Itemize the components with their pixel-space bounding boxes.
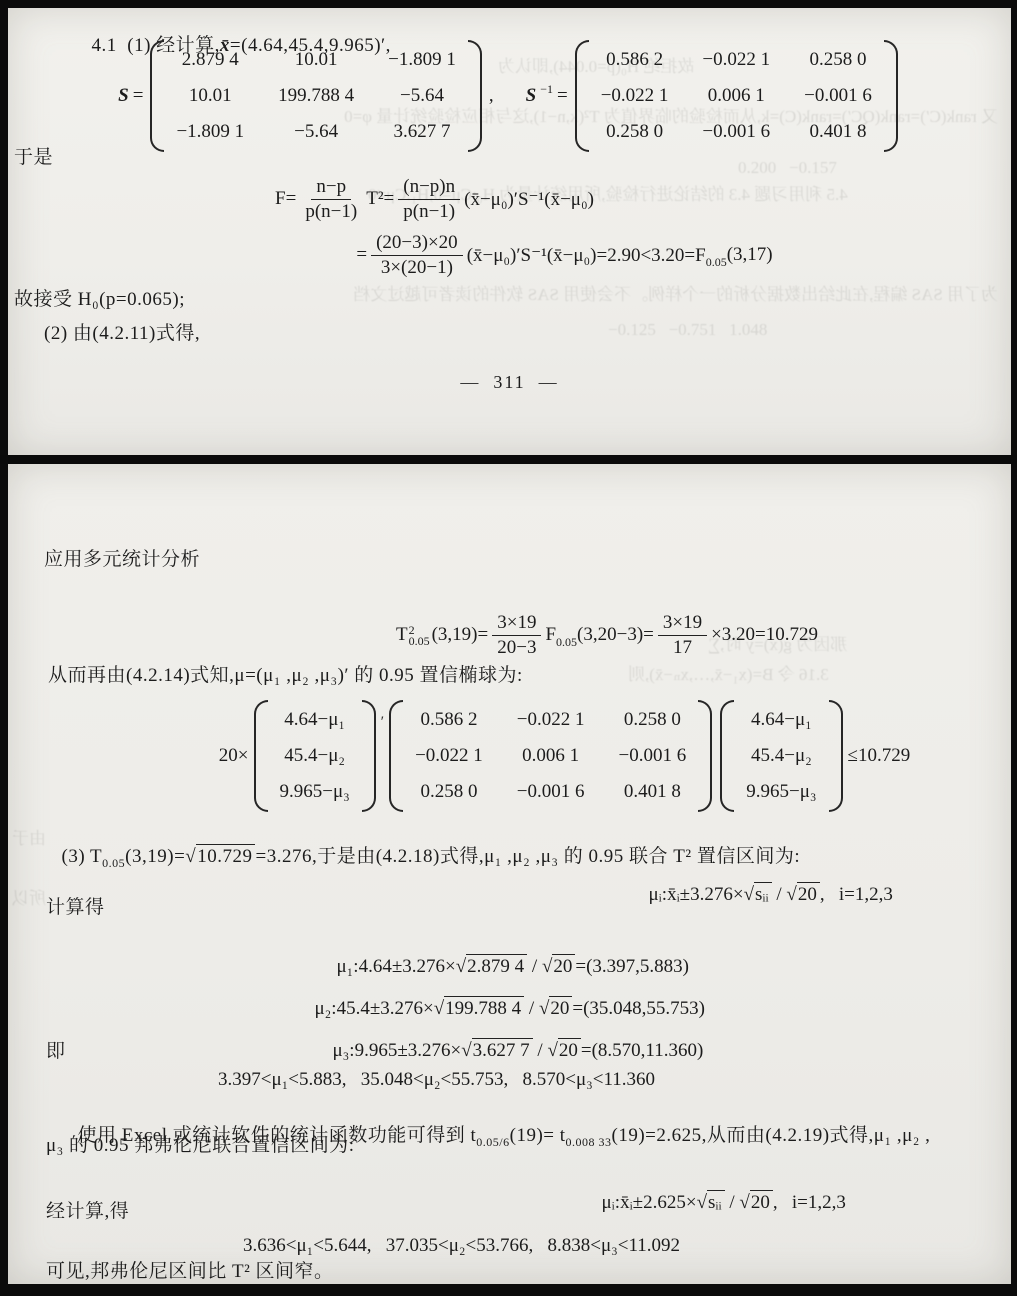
interval-lead: μᵢ:x̄ᵢ±3.276× xyxy=(649,884,744,905)
right-paren xyxy=(829,700,843,812)
radicand: sᵢᵢ xyxy=(707,1190,725,1215)
denominator: 20−3 xyxy=(492,636,541,659)
s-inverse-label: S xyxy=(526,85,537,107)
matrix-cell: 2.879 4 xyxy=(182,49,239,71)
t-supsub: 20.05 xyxy=(409,625,430,647)
matrix-cell: −1.809 1 xyxy=(176,121,244,143)
numerator: n−p xyxy=(311,176,351,200)
matrix-cell: 0.006 1 xyxy=(522,745,579,767)
denominator: p(n−1) xyxy=(398,200,460,223)
radicand: sᵢᵢ xyxy=(754,882,772,907)
vector-cell: 45.4−μ₂ xyxy=(284,745,345,767)
right-paren xyxy=(468,40,482,152)
mu-lead: μ₃:9.965±3.276× xyxy=(333,1040,462,1061)
denominator: 3×(20−1) xyxy=(376,256,458,279)
left-paren xyxy=(575,40,589,152)
matrix-cell: 199.788 4 xyxy=(278,85,354,107)
sqrt-radical: 10.729 xyxy=(185,844,255,869)
divide-sign: / xyxy=(772,884,787,905)
left-paren xyxy=(720,700,734,812)
t-subscript: 0.05/6 xyxy=(476,1135,509,1149)
item3-prefix: (3) T xyxy=(62,846,103,867)
denominator: p(n−1) xyxy=(300,200,362,223)
matrix-cell: 0.401 8 xyxy=(624,781,681,803)
yushi-text: 于是 xyxy=(14,146,53,170)
matrix-cell: 0.586 2 xyxy=(420,709,477,731)
bleed-through-text: 3.16 令 B=(x₁−x̄,…,xₙ−x̄),则 xyxy=(628,660,829,685)
right-paren xyxy=(698,700,712,812)
equals-sign: = xyxy=(557,85,568,107)
sqrt-radical: sᵢᵢ xyxy=(697,1190,725,1215)
numerator: 3×19 xyxy=(658,612,707,636)
vector-cells: 4.64−μ₁ 45.4−μ₂ 9.965−μ₃ xyxy=(268,700,362,812)
sqrt-radical: 20 xyxy=(739,1190,772,1215)
s-inverse-matrix: 0.586 2−0.022 10.258 0 −0.022 10.006 1−0… xyxy=(389,700,712,812)
sqrt-radical: 3.627 7 xyxy=(461,1038,532,1063)
jisuande-text: 计算得 xyxy=(46,896,105,920)
matrix-cells: 0.586 2−0.022 10.258 0 −0.022 10.006 1−0… xyxy=(403,700,698,812)
vector-cell: 9.965−μ₃ xyxy=(280,781,350,803)
left-paren xyxy=(389,700,403,812)
f-symbol: F xyxy=(545,624,556,646)
matrix-cell: 3.627 7 xyxy=(394,121,451,143)
comma: , xyxy=(489,85,494,107)
inverse-exponent: −1 xyxy=(540,82,553,97)
transpose-prime: ′ xyxy=(381,714,384,731)
vector-cell: 4.64−μ₁ xyxy=(751,709,812,731)
s-inverse-cells: 0.586 2−0.022 10.258 0 −0.022 10.006 1−0… xyxy=(589,40,884,152)
item-2-text: (2) 由(4.2.11)式得, xyxy=(44,322,200,346)
f-subscript: 0.05 xyxy=(556,635,577,650)
radicand: 20 xyxy=(797,882,820,907)
t-args: (3,19)= xyxy=(432,624,489,646)
interval-tail: , i=1,2,3 xyxy=(773,1192,846,1213)
divide-sign: / xyxy=(725,1192,740,1213)
t2-result: ×3.20=10.729 xyxy=(711,624,818,646)
confidence-ellipsoid-inequality: 20× 4.64−μ₁ 45.4−μ₂ 9.965−μ₃ ′ 0.586 2−0… xyxy=(8,700,1011,812)
matrix-cell: −0.001 6 xyxy=(517,781,585,803)
running-header: 应用多元统计分析 xyxy=(44,548,200,572)
equals-sign: = xyxy=(133,85,144,107)
item3-args: (3,19)= xyxy=(125,846,185,867)
t-subscript: 0.05 xyxy=(102,856,125,870)
radicand: 10.729 xyxy=(196,844,255,869)
s-inverse-matrix: 0.586 2−0.022 10.258 0 −0.022 10.006 1−0… xyxy=(575,40,898,152)
left-paren xyxy=(254,700,268,812)
matrix-cell: 0.006 1 xyxy=(708,85,765,107)
f-statistic-line-1: F= n−pp(n−1) T²= (n−p)np(n−1) (x̄−μ₀)′S⁻… xyxy=(8,176,1011,223)
mu-result: =(8.570,11.360) xyxy=(581,1040,703,1061)
quadratic-form: (x̄−μ₀)′S⁻¹(x̄−μ₀) xyxy=(464,188,594,211)
matrix-cell: −0.001 6 xyxy=(804,85,872,107)
left-paren xyxy=(150,40,164,152)
matrix-cell: 0.586 2 xyxy=(606,49,663,71)
fraction: 3×1920−3 xyxy=(492,612,541,659)
t2-interval-formula: μᵢ:x̄ᵢ±3.276×sᵢᵢ / 20, i=1,2,3 xyxy=(620,858,893,931)
coefficient: 20× xyxy=(219,745,249,767)
mean-diff-vector: 4.64−μ₁ 45.4−μ₂ 9.965−μ₃ xyxy=(254,700,376,812)
radicand: 20 xyxy=(558,1038,581,1063)
ellipsoid-intro-text: 从而再由(4.2.14)式知,μ=(μ₁ ,μ₂ ,μ₃)′ 的 0.95 置信… xyxy=(48,664,523,688)
interval-tail: , i=1,2,3 xyxy=(820,884,893,905)
f-result: (x̄−μ₀)′S⁻¹(x̄−μ₀)=2.90<3.20=F xyxy=(467,244,706,267)
matrix-cell: 0.258 0 xyxy=(606,121,663,143)
page-gap xyxy=(0,455,1017,464)
matrix-cell: 0.258 0 xyxy=(810,49,867,71)
fraction: (n−p)np(n−1) xyxy=(398,176,460,223)
matrix-cell: 0.258 0 xyxy=(624,709,681,731)
matrix-cell: −5.64 xyxy=(294,121,338,143)
s-matrix-cells: 2.879 410.01−1.809 1 10.01199.788 4−5.64… xyxy=(164,40,467,152)
t-subscript: 0.05 xyxy=(409,636,430,647)
covariance-matrices-row: S= 2.879 410.01−1.809 1 10.01199.788 4−5… xyxy=(8,40,1011,152)
interval-lead: μᵢ:x̄ᵢ±2.625× xyxy=(602,1192,697,1213)
matrix-cell: 0.401 8 xyxy=(810,121,867,143)
bleed-through-text: 0.200 −0.157 xyxy=(738,158,837,178)
fraction: n−pp(n−1) xyxy=(300,176,362,223)
f-quantile-sub: 0.05 xyxy=(706,255,727,270)
t-squared-equals: T²= xyxy=(366,188,394,210)
radicand: 3.627 7 xyxy=(472,1038,533,1063)
fraction: 3×1917 xyxy=(658,612,707,659)
f-lhs: F= xyxy=(275,188,296,210)
t2-bounds-line: 3.397<μ₁<5.883, 35.048<μ₂<55.753, 8.570<… xyxy=(218,1068,655,1092)
sqrt-radical: 20 xyxy=(786,882,819,907)
matrix-cell: −1.809 1 xyxy=(388,49,456,71)
radicand: 20 xyxy=(750,1190,773,1215)
matrix-cell: −0.001 6 xyxy=(702,121,770,143)
s-matrix-label: S xyxy=(118,85,129,107)
vector-cell: 45.4−μ₂ xyxy=(751,745,812,767)
f-statistic-line-2: = (20−3)×203×(20−1) (x̄−μ₀)′S⁻¹(x̄−μ₀)=2… xyxy=(8,232,1011,279)
jingjisuan-text: 经计算,得 xyxy=(46,1200,129,1224)
fraction: (20−3)×203×(20−1) xyxy=(371,232,463,279)
matrix-cell: −0.022 1 xyxy=(415,745,483,767)
page-number: — 311 — xyxy=(8,370,1011,394)
bonferroni-intro-text: μ₃ 的 0.95 邦弗伦尼联合置信区间为: xyxy=(46,1134,355,1158)
top-page: 故拒绝 H₀(p=0.044),即认为 又 rank(C′)=rank(QC′)… xyxy=(8,8,1011,458)
matrix-cell: 10.01 xyxy=(295,49,338,71)
divide-sign: / xyxy=(533,1040,548,1061)
numerator: (n−p)n xyxy=(398,176,460,200)
matrix-cell: 0.258 0 xyxy=(420,781,477,803)
accept-h0-text: 故接受 H₀(p=0.065); xyxy=(14,288,185,312)
book-scan: 故拒绝 H₀(p=0.044),即认为 又 rank(C′)=rank(QC′)… xyxy=(0,0,1017,1296)
ji-text: 即 xyxy=(46,1040,66,1064)
bonferroni-interval-formula: μᵢ:x̄ᵢ±2.625×sᵢᵢ / 20, i=1,2,3 xyxy=(573,1166,846,1239)
bottom-page: 那因为 g(x)=y 时,∑ 3.16 令 B=(x₁−x̄,…,xₙ−x̄),… xyxy=(8,464,1011,1284)
numerator: 3×19 xyxy=(492,612,541,636)
excel-rest: (19)=2.625,从而由(4.2.19)式得,μ₁ ,μ₂ , xyxy=(612,1125,931,1146)
denominator: 17 xyxy=(668,636,697,659)
right-paren xyxy=(362,700,376,812)
f-quantile-args: (3,17) xyxy=(727,244,773,266)
bleed-through-text: −0.125 −0.751 1.048 xyxy=(608,320,767,340)
bonferroni-bounds-line: 3.636<μ₁<5.644, 37.035<μ₂<53.766, 8.838<… xyxy=(243,1234,680,1258)
vector-cells: 4.64−μ₁ 45.4−μ₂ 9.965−μ₃ xyxy=(734,700,828,812)
matrix-cell: −0.001 6 xyxy=(619,745,687,767)
sqrt-radical: sᵢᵢ xyxy=(744,882,772,907)
t2-quantile-line: T 20.05 (3,19)= 3×1920−3 F0.05(3,20−3)= … xyxy=(396,612,818,659)
matrix-cell: −0.022 1 xyxy=(702,49,770,71)
matrix-cell: 10.01 xyxy=(189,85,232,107)
mean-diff-vector: 4.64−μ₁ 45.4−μ₂ 9.965−μ₃ xyxy=(720,700,842,812)
f-args: (3,20−3)= xyxy=(577,624,654,646)
vector-cell: 9.965−μ₃ xyxy=(746,781,816,803)
numerator: (20−3)×20 xyxy=(371,232,463,256)
s-matrix: 2.879 410.01−1.809 1 10.01199.788 4−5.64… xyxy=(150,40,481,152)
conclusion-text: 可见,邦弗伦尼区间比 T² 区间窄。 xyxy=(46,1260,334,1284)
matrix-cell: −0.022 1 xyxy=(517,709,585,731)
t-symbol: T xyxy=(396,624,408,646)
sqrt-radical: 20 xyxy=(547,1038,580,1063)
equals-sign: = xyxy=(356,244,367,266)
t-subscript: 0.008 33 xyxy=(566,1135,612,1149)
inequality-rhs: ≤10.729 xyxy=(848,745,911,767)
matrix-cell: −0.022 1 xyxy=(601,85,669,107)
vector-cell: 4.64−μ₁ xyxy=(284,709,345,731)
matrix-cell: −5.64 xyxy=(400,85,444,107)
right-paren xyxy=(884,40,898,152)
excel-mid: (19)= t xyxy=(510,1125,566,1146)
